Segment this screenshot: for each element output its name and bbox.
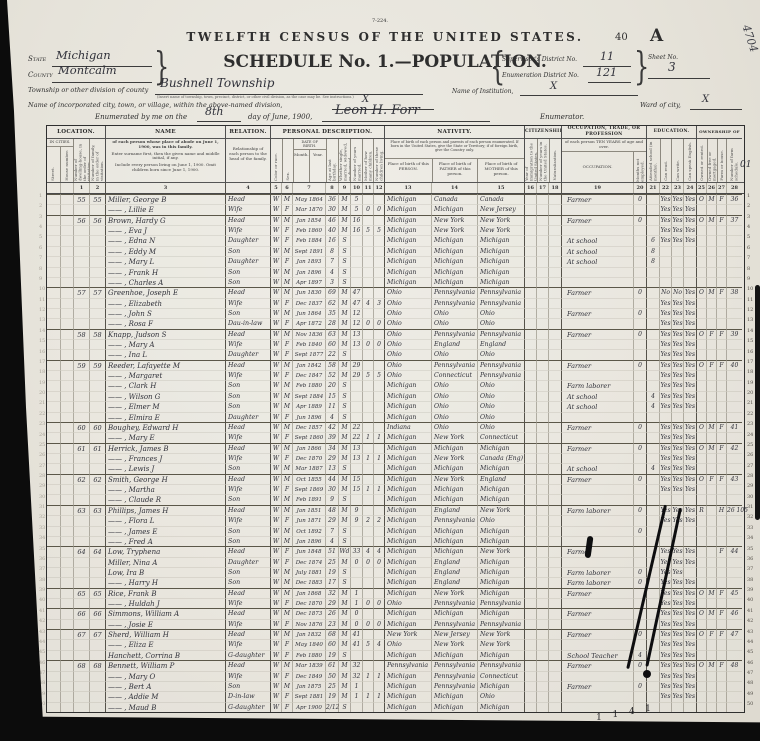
column-number-blank xyxy=(60,183,73,193)
row-48-occ: Farmer xyxy=(561,681,633,691)
row-43-street xyxy=(47,629,60,639)
row-49-age: 19 xyxy=(325,691,338,701)
row-16-sch xyxy=(646,349,659,359)
row-12-read: Yes xyxy=(659,308,671,318)
row-2-age: 30 xyxy=(325,204,338,214)
row-5-imm xyxy=(524,235,536,245)
row-18-born: Ohio xyxy=(384,370,431,380)
row-17-fam: 59 xyxy=(89,360,105,370)
row-46-yrs xyxy=(536,660,548,670)
row-32-fam xyxy=(89,515,105,525)
row-30-dw xyxy=(73,494,89,504)
row-1-age: 36 xyxy=(325,194,338,204)
row-20-dob: Sept 1884 xyxy=(292,391,325,401)
row-2-imm xyxy=(524,204,536,214)
line-number-23: 23 xyxy=(39,419,45,429)
line-number-36: 36 xyxy=(747,554,753,564)
line-number-2: 2 xyxy=(39,201,42,211)
row-36-house xyxy=(60,557,73,567)
row-25-yrs xyxy=(536,443,548,453)
row-25-eng: Yes xyxy=(683,443,696,453)
row-25-read: Yes xyxy=(659,443,671,453)
row-46-age: 61 xyxy=(325,660,338,670)
row-34-street xyxy=(47,536,60,546)
row-38-eng: Yes xyxy=(683,577,696,587)
row-47-mch: 1 xyxy=(362,671,373,681)
row-42-imm xyxy=(524,619,536,629)
row-34-sched xyxy=(726,536,742,546)
row-34-sex: M xyxy=(281,536,292,546)
row-44-col: W xyxy=(270,639,281,649)
row-23-imm xyxy=(524,422,536,432)
row-28-yrs xyxy=(536,474,548,484)
row-26-nat xyxy=(548,453,561,463)
row-20-name: —— , Wilson G xyxy=(105,391,225,401)
row-41-yrs xyxy=(536,608,548,618)
row-31-fborn: England xyxy=(431,505,477,515)
row-32-born: Michigan xyxy=(384,515,431,525)
row-34-house xyxy=(60,536,73,546)
row-33-yrs xyxy=(536,526,548,536)
row-47-fam xyxy=(89,671,105,681)
row-1-col: W xyxy=(270,194,281,204)
district-brace: { xyxy=(490,44,505,89)
row-10-rel: Head xyxy=(225,287,270,297)
row-6-name: —— , Eddy M xyxy=(105,246,225,256)
row-35-rel: Head xyxy=(225,546,270,556)
row-26-mar: M xyxy=(338,453,350,463)
row-44-rel: Wife xyxy=(225,639,270,649)
row-29-chl: 1 xyxy=(373,484,384,494)
row-40-house xyxy=(60,598,73,608)
row-18-dob: Dec 1847 xyxy=(292,370,325,380)
row-42-col: W xyxy=(270,619,281,629)
home-owned-header: Owned or rented. xyxy=(700,145,704,181)
row-34-mar: S xyxy=(338,536,350,546)
row-22-sex: F xyxy=(281,412,292,422)
row-5-sex: F xyxy=(281,235,292,245)
row-28-fborn: New York xyxy=(431,474,477,484)
row-2-rel: Wife xyxy=(225,204,270,214)
row-17-sex: M xyxy=(281,360,292,370)
row-19-age: 20 xyxy=(325,380,338,390)
row-34-dw xyxy=(73,536,89,546)
row-3-eng: Yes xyxy=(683,215,696,225)
row-10-street xyxy=(47,287,60,297)
row-20-occ: At school xyxy=(561,391,633,401)
row-50-chl xyxy=(373,702,384,712)
row-5-street xyxy=(47,235,60,245)
row-21-mborn: Ohio xyxy=(477,401,524,411)
row-31-yrm: 9 xyxy=(350,505,362,515)
row-43-dob: Jan 1832 xyxy=(292,629,325,639)
row-14-imm xyxy=(524,329,536,339)
row-15-born: Ohio xyxy=(384,339,431,349)
row-47-mort xyxy=(706,671,716,681)
row-6-dob: Sept 1891 xyxy=(292,246,325,256)
row-46-own: O xyxy=(696,660,706,670)
location-in-cities: IN CITIES. xyxy=(47,139,73,147)
row-32-age: 29 xyxy=(325,515,338,525)
row-32-imm xyxy=(524,515,536,525)
row-47-yrm: 32 xyxy=(350,671,362,681)
row-21-mar: S xyxy=(338,401,350,411)
row-14-own: O xyxy=(696,329,706,339)
row-26-chl: 1 xyxy=(373,453,384,463)
row-41-sched: 46 xyxy=(726,608,742,618)
row-5-fam xyxy=(89,235,105,245)
row-2-mborn: New Jersey xyxy=(477,204,524,214)
row-21-mch xyxy=(362,401,373,411)
row-47-born: Michigan xyxy=(384,671,431,681)
row-17-name: Reeder, Lafayette M xyxy=(105,360,225,370)
home-schedule-header: Number of farm schedule. xyxy=(730,141,739,181)
row-11-dob: Dec 1837 xyxy=(292,298,325,308)
row-11-mborn: Pennsylvania xyxy=(477,298,524,308)
row-26-fborn: New York xyxy=(431,453,477,463)
row-4-name: —— , Eva J xyxy=(105,225,225,235)
row-8-mborn: Michigan xyxy=(477,267,524,277)
row-32-yrm: 9 xyxy=(350,515,362,525)
row-8-fam xyxy=(89,267,105,277)
row-31-dob: Jan 1851 xyxy=(292,505,325,515)
row-35-mne xyxy=(633,546,646,556)
row-14-yrm: 13 xyxy=(350,329,362,339)
row-10-imm xyxy=(524,287,536,297)
row-10-fam: 57 xyxy=(89,287,105,297)
row-14-eng: Yes xyxy=(683,329,696,339)
row-2-house xyxy=(60,204,73,214)
row-20-yrm xyxy=(350,391,362,401)
row-36-fborn: England xyxy=(431,557,477,567)
row-39-mch xyxy=(362,588,373,598)
row-9-mne xyxy=(633,277,646,287)
row-28-house xyxy=(60,474,73,484)
row-26-mort xyxy=(706,453,716,463)
row-29-fborn: Michigan xyxy=(431,484,477,494)
enumerated-pre: Enumerated by me on the xyxy=(95,113,187,121)
row-26-born: Michigan xyxy=(384,453,431,463)
row-6-own xyxy=(696,246,706,256)
row-48-sched xyxy=(726,681,742,691)
row-23-read: Yes xyxy=(659,422,671,432)
row-3-imm xyxy=(524,215,536,225)
row-9-occ xyxy=(561,277,633,287)
row-39-sex: M xyxy=(281,588,292,598)
row-25-fam: 61 xyxy=(89,443,105,453)
row-16-fborn: Ohio xyxy=(431,349,477,359)
row-34-yrs xyxy=(536,536,548,546)
row-50-own xyxy=(696,702,706,712)
row-41-mborn: Michigan xyxy=(477,608,524,618)
row-27-col: W xyxy=(270,463,281,473)
row-5-mch xyxy=(362,235,373,245)
row-16-age: 22 xyxy=(325,349,338,359)
row-49-own xyxy=(696,691,706,701)
row-31-age: 48 xyxy=(325,505,338,515)
row-14-fam: 58 xyxy=(89,329,105,339)
row-38-born: Michigan xyxy=(384,577,431,587)
row-15-mch: 0 xyxy=(362,339,373,349)
row-45-mne: 4 xyxy=(633,650,646,660)
row-18-fam xyxy=(89,370,105,380)
row-35-age: 51 xyxy=(325,546,338,556)
row-25-mch xyxy=(362,443,373,453)
row-19-dw xyxy=(73,380,89,390)
row-24-mch: 1 xyxy=(362,432,373,442)
row-41-farm: F xyxy=(716,608,726,618)
row-23-yrs xyxy=(536,422,548,432)
row-8-fborn: Michigan xyxy=(431,267,477,277)
row-18-street xyxy=(47,370,60,380)
row-2-born: Michigan xyxy=(384,204,431,214)
row-16-own xyxy=(696,349,706,359)
row-8-mne xyxy=(633,267,646,277)
row-11-write: Yes xyxy=(671,298,683,308)
row-24-sch xyxy=(646,432,659,442)
row-23-mch xyxy=(362,422,373,432)
row-45-name: Hanchett, Corrina B xyxy=(105,650,225,660)
row-31-name: Phillips, James H xyxy=(105,505,225,515)
sheet-brace: } xyxy=(634,44,649,89)
row-45-rel: G-daughter xyxy=(225,650,270,660)
row-41-read: Yes xyxy=(659,608,671,618)
row-19-sex: M xyxy=(281,380,292,390)
row-25-occ: Farmer xyxy=(561,443,633,453)
row-28-write: Yes xyxy=(671,474,683,484)
row-36-nat xyxy=(548,557,561,567)
row-20-mort xyxy=(706,391,716,401)
row-20-age: 15 xyxy=(325,391,338,401)
row-43-imm xyxy=(524,629,536,639)
row-30-own xyxy=(696,494,706,504)
row-49-imm xyxy=(524,691,536,701)
row-34-rel: Son xyxy=(225,536,270,546)
line-number-8: 8 xyxy=(39,264,42,274)
row-26-yrm: 13 xyxy=(350,453,362,463)
location-family-header: Number of family, in the order of visita… xyxy=(91,141,104,181)
census-title: TWELFTH CENSUS OF THE UNITED STATES. xyxy=(140,30,630,44)
line-number-48: 48 xyxy=(747,678,753,688)
row-14-mar: M xyxy=(338,329,350,339)
row-14-fborn: Pennsylvania xyxy=(431,329,477,339)
scan-edge-bottom xyxy=(0,711,760,741)
row-2-sex: F xyxy=(281,204,292,214)
row-23-chl xyxy=(373,422,384,432)
row-36-rel: Daughter xyxy=(225,557,270,567)
row-17-mne: 0 xyxy=(633,360,646,370)
row-39-nat xyxy=(548,588,561,598)
row-39-mar: M xyxy=(338,588,350,598)
row-34-mch xyxy=(362,536,373,546)
line-number-34: 34 xyxy=(747,533,753,543)
enumerator-underline xyxy=(322,120,490,122)
row-43-born: New York xyxy=(384,629,431,639)
row-16-read: Yes xyxy=(659,349,671,359)
row-24-mort xyxy=(706,432,716,442)
row-40-fborn: Pennsylvania xyxy=(431,598,477,608)
row-50-imm xyxy=(524,702,536,712)
row-28-dw: 62 xyxy=(73,474,89,484)
row-16-mborn: Ohio xyxy=(477,349,524,359)
row-19-own xyxy=(696,380,706,390)
row-5-mar: S xyxy=(338,235,350,245)
row-22-age: 4 xyxy=(325,412,338,422)
line-number-32: 32 xyxy=(747,512,753,522)
line-number-27: 27 xyxy=(747,461,753,471)
row-35-sched: 44 xyxy=(726,546,742,556)
row-44-mch: 5 xyxy=(362,639,373,649)
row-23-yrm: 22 xyxy=(350,422,362,432)
row-7-farm xyxy=(716,256,726,266)
row-22-eng xyxy=(683,412,696,422)
row-25-rel: Head xyxy=(225,443,270,453)
table-header: LOCATION. IN CITIES. Street. House numbe… xyxy=(47,126,744,183)
row-14-occ: Farmer xyxy=(561,329,633,339)
row-9-nat xyxy=(548,277,561,287)
row-9-street xyxy=(47,277,60,287)
row-43-yrs xyxy=(536,629,548,639)
row-19-read: Yes xyxy=(659,380,671,390)
row-6-fam xyxy=(89,246,105,256)
row-22-mborn: Ohio xyxy=(477,412,524,422)
row-47-write: Yes xyxy=(671,671,683,681)
row-12-mch xyxy=(362,308,373,318)
row-21-farm xyxy=(716,401,726,411)
row-39-yrm: 1 xyxy=(350,588,362,598)
row-37-mborn: Michigan xyxy=(477,567,524,577)
row-26-dob: Dec 1870 xyxy=(292,453,325,463)
row-1-street xyxy=(47,194,60,204)
row-20-mne xyxy=(633,391,646,401)
row-12-yrm: 12 xyxy=(350,308,362,318)
row-27-name: —— , Lewis J xyxy=(105,463,225,473)
row-44-dw xyxy=(73,639,89,649)
row-30-mch xyxy=(362,494,373,504)
row-28-eng: Yes xyxy=(683,474,696,484)
row-29-occ xyxy=(561,484,633,494)
row-2-mort xyxy=(706,204,716,214)
row-14-sched: 39 xyxy=(726,329,742,339)
row-26-occ xyxy=(561,453,633,463)
row-17-yrm: 29 xyxy=(350,360,362,370)
row-4-eng: Yes xyxy=(683,225,696,235)
relation-desc: Relationship of each person to the head … xyxy=(226,139,270,162)
row-38-yrm xyxy=(350,577,362,587)
row-7-write xyxy=(671,256,683,266)
row-20-fam xyxy=(89,391,105,401)
row-30-occ xyxy=(561,494,633,504)
row-8-write xyxy=(671,267,683,277)
sheet-underline xyxy=(648,77,710,79)
enumerated-post: Enumerator. xyxy=(540,113,584,121)
row-33-own xyxy=(696,526,706,536)
row-21-age: 11 xyxy=(325,401,338,411)
row-17-sch xyxy=(646,360,659,370)
rotated-margin-number: 4704 xyxy=(739,23,760,54)
line-number-38: 38 xyxy=(747,575,753,585)
row-32-mar: M xyxy=(338,515,350,525)
row-19-dob: Feb 1880 xyxy=(292,380,325,390)
row-19-nat xyxy=(548,380,561,390)
row-6-write xyxy=(671,246,683,256)
row-44-occ xyxy=(561,639,633,649)
row-35-occ: Farmer xyxy=(561,546,633,556)
col-group-home: OWNERSHIP OF HOME. Owned or rented. Owne… xyxy=(696,126,742,182)
page-number: 40 xyxy=(615,32,628,43)
row-35-mar: Wd xyxy=(338,546,350,556)
row-46-dw: 68 xyxy=(73,660,89,670)
row-3-age: 46 xyxy=(325,215,338,225)
row-46-rel: Head xyxy=(225,660,270,670)
corner-annotation: 01 xyxy=(740,160,751,170)
enumeration-label: Enumeration District No. xyxy=(502,72,579,79)
row-7-eng xyxy=(683,256,696,266)
row-14-mborn: Pennsylvania xyxy=(477,329,524,339)
row-6-rel: Son xyxy=(225,246,270,256)
row-36-write: Yes xyxy=(671,557,683,567)
line-number-42: 42 xyxy=(747,616,753,626)
row-50-name: —— , Maud B xyxy=(105,702,225,712)
row-21-dw xyxy=(73,401,89,411)
row-44-mar: M xyxy=(338,639,350,649)
row-1-sex: M xyxy=(281,194,292,204)
row-19-fam xyxy=(89,380,105,390)
column-number-20: 20 xyxy=(633,183,646,193)
row-1-sch xyxy=(646,194,659,204)
row-25-sch xyxy=(646,443,659,453)
column-number-21: 21 xyxy=(646,183,659,193)
row-9-age: 3 xyxy=(325,277,338,287)
row-24-nat xyxy=(548,432,561,442)
row-16-imm xyxy=(524,349,536,359)
row-10-mort: M xyxy=(706,287,716,297)
row-31-occ: Farm laborer xyxy=(561,505,633,515)
row-44-yrs xyxy=(536,639,548,649)
education-school-header: Attended school (in months). xyxy=(649,141,658,181)
row-9-mar: S xyxy=(338,277,350,287)
row-40-dob: Dec 1870 xyxy=(292,598,325,608)
row-40-name: —— , Huldah J xyxy=(105,598,225,608)
row-47-nat xyxy=(548,671,561,681)
row-20-yrs xyxy=(536,391,548,401)
row-11-rel: Wife xyxy=(225,298,270,308)
row-42-mborn: Pennsylvania xyxy=(477,619,524,629)
row-24-own xyxy=(696,432,706,442)
row-6-mar: S xyxy=(338,246,350,256)
row-10-eng: Yes xyxy=(683,287,696,297)
row-16-yrs xyxy=(536,349,548,359)
col-group-personal: PERSONAL DESCRIPTION. Color or race. Sex… xyxy=(270,126,384,182)
column-number-5: 5 xyxy=(270,183,281,193)
row-39-fam: 65 xyxy=(89,588,105,598)
row-42-occ xyxy=(561,619,633,629)
row-3-nat xyxy=(548,215,561,225)
row-45-farm xyxy=(716,650,726,660)
row-18-fborn: Connecticut xyxy=(431,370,477,380)
citizenship-years-header: Number of years in the United States. xyxy=(539,141,548,181)
row-26-age: 29 xyxy=(325,453,338,463)
row-23-fborn: Ohio xyxy=(431,422,477,432)
row-32-rel: Wife xyxy=(225,515,270,525)
row-4-nat xyxy=(548,225,561,235)
line-number-35: 35 xyxy=(747,544,753,554)
row-37-imm xyxy=(524,567,536,577)
row-41-house xyxy=(60,608,73,618)
row-19-col: W xyxy=(270,380,281,390)
row-7-rel: Daughter xyxy=(225,256,270,266)
row-20-mch xyxy=(362,391,373,401)
